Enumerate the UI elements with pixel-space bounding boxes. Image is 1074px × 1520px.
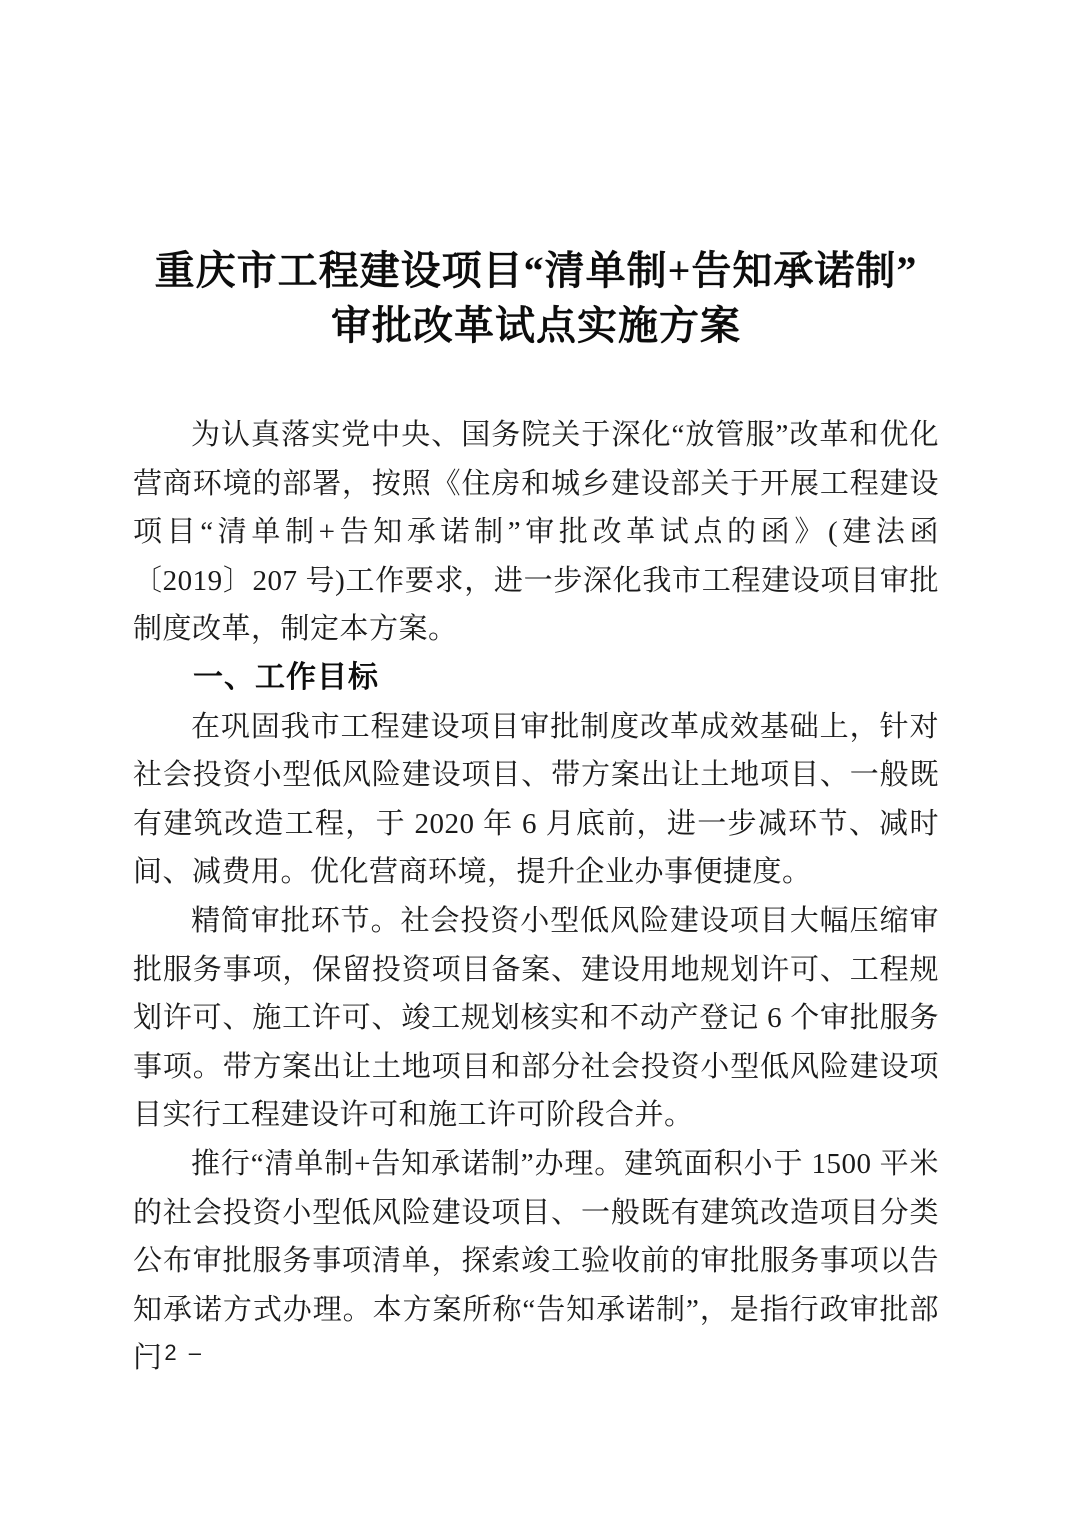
section-heading-work-goals: 一、工作目标 <box>133 654 939 703</box>
paragraph-intro: 为认真落实党中央、国务院关于深化“放管服”改革和优化营商环境的部署，按照《住房和… <box>133 411 939 654</box>
document-body: 为认真落实党中央、国务院关于深化“放管服”改革和优化营商环境的部署，按照《住房和… <box>133 411 939 1383</box>
paragraph-streamline-approval: 精简审批环节。社会投资小型低风险建设项目大幅压缩审批服务事项，保留投资项目备案、… <box>133 897 939 1140</box>
paragraph-list-commitment-system: 推行“清单制+告知承诺制”办理。建筑面积小于 1500 平米的社会投资小型低风险… <box>133 1140 939 1383</box>
document-title: 重庆市工程建设项目“清单制+告知承诺制” 审批改革试点实施方案 <box>133 243 939 353</box>
document-title-line2: 审批改革试点实施方案 <box>133 298 939 353</box>
document-title-line1: 重庆市工程建设项目“清单制+告知承诺制” <box>133 243 939 298</box>
paragraph-goals-overview: 在巩固我市工程建设项目审批制度改革成效基础上，针对社会投资小型低风险建设项目、带… <box>133 703 939 897</box>
page-number: – 2 – <box>140 1340 204 1366</box>
document-page: 重庆市工程建设项目“清单制+告知承诺制” 审批改革试点实施方案 为认真落实党中央… <box>0 0 1074 1520</box>
